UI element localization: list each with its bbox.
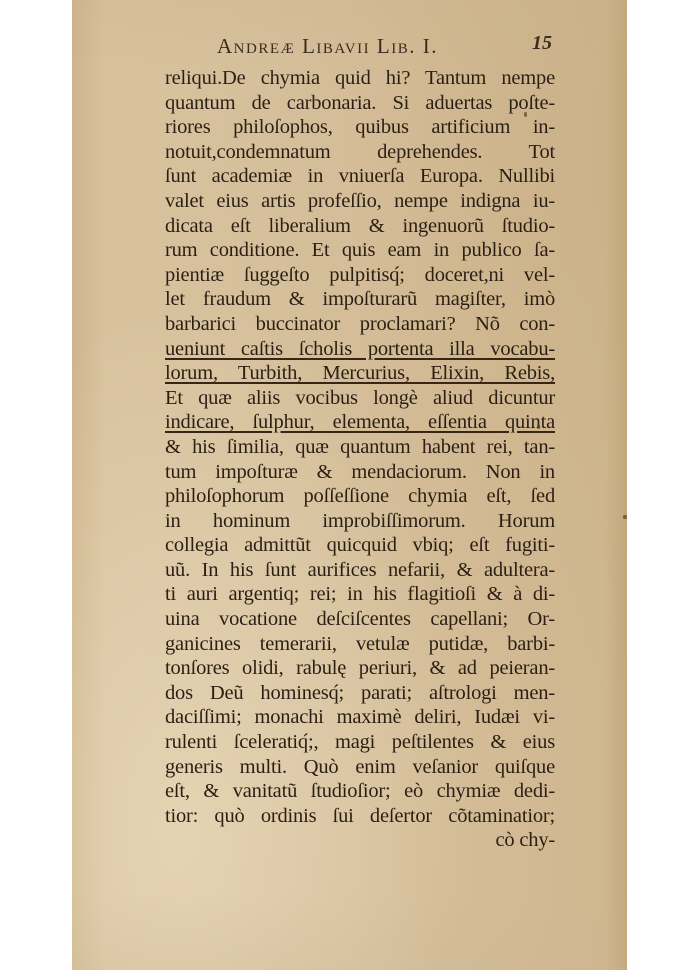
text-line: rulenti ſceleratiq́;, magi peſtilentes &…	[165, 730, 555, 755]
text-line: uũ. In his ſunt aurifices nefarii, & adu…	[165, 558, 555, 583]
text-line: ti auri argentiq; rei; in his flagitioſi…	[165, 582, 555, 607]
paper-speck	[524, 112, 527, 117]
text-line: ueniunt caſtis ſcholis portenta illa voc…	[165, 337, 555, 362]
text-line: pientiæ ſuggeſto pulpitisq́; doceret,ni …	[165, 263, 555, 288]
text-line: rum conditione. Et quis eam in publico ſ…	[165, 238, 555, 263]
book-page: Andreæ Libavii Lib. I. 15 reliqui.De chy…	[72, 0, 627, 970]
text-line: tonſores olidi, rabulę periuri, & ad pei…	[165, 656, 555, 681]
text-line: tior: quò ordinis ſui deſertor cõtaminat…	[165, 804, 555, 829]
text-line: in hominum improbiſſimorum. Horum	[165, 509, 555, 534]
paper-speck	[537, 424, 540, 429]
text-line: dicata eſt liberalium & ingenuorũ ſtudio…	[165, 214, 555, 239]
text-line: indicare, ſulphur, elementa, eſſentia qu…	[165, 410, 555, 435]
text-line: eſt, & vanitatũ ſtudioſior; eò chymiæ de…	[165, 779, 555, 804]
text-line: lorum, Turbith, Mercurius, Elixin, Rebis…	[165, 361, 555, 386]
catchword: cò chy-	[165, 828, 555, 853]
text-line: daciſſimi; monachi maximè deliri, Iudæi …	[165, 705, 555, 730]
text-line: ſunt academiæ in vniuerſa Europa. Nullib…	[165, 164, 555, 189]
text-line: uina vocatione deſciſcentes capellani; O…	[165, 607, 555, 632]
text-line: collegia admittũt quicquid vbiq; eſt fug…	[165, 533, 555, 558]
text-line: Et quæ aliis vocibus longè aliud dicuntu…	[165, 386, 555, 411]
text-line: riores philoſophos, quibus artificium in…	[165, 115, 555, 140]
text-line: philoſophorum poſſeſſione chymia eſt, ſe…	[165, 484, 555, 509]
text-line: & his ſimilia, quæ quantum habent rei, t…	[165, 435, 555, 460]
text-line: quantum de carbonaria. Si aduertas poſte…	[165, 91, 555, 116]
text-line: barbarici buccinator proclamari? Nõ con-	[165, 312, 555, 337]
text-line: notuit,condemnatum deprehendes. Tot	[165, 140, 555, 165]
running-head: Andreæ Libavii Lib. I.	[217, 34, 557, 60]
paper-speck	[623, 515, 627, 519]
text-line: generis multi. Quò enim veſanior quiſque	[165, 755, 555, 780]
text-line: ganicines temerarii, vetulæ putidæ, barb…	[165, 632, 555, 657]
body-text: reliqui.De chymia quid hi? Tantum nempeq…	[165, 66, 555, 853]
text-line: valet eius artis profeſſio, nempe indign…	[165, 189, 555, 214]
text-line: dos Deũ hominesq́; parati; aſtrologi men…	[165, 681, 555, 706]
text-line: let fraudum & impoſturarũ magiſter, imò	[165, 287, 555, 312]
text-line: tum impoſturæ & mendaciorum. Non in	[165, 460, 555, 485]
page-number: 15	[532, 32, 552, 55]
text-line: reliqui.De chymia quid hi? Tantum nempe	[165, 66, 555, 91]
